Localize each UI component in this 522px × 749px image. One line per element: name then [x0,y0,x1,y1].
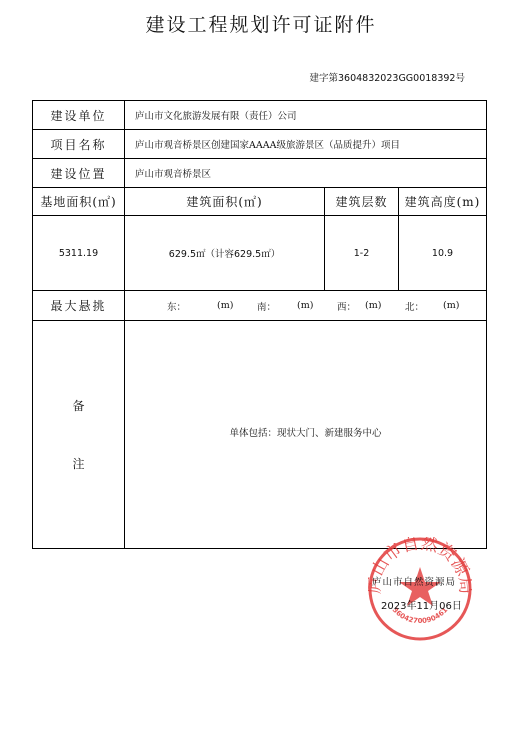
value-overhang: 东： (m) 南： (m) 西： (m) 北： (m) [124,291,486,320]
label-remarks-bottom: 注 [72,455,84,472]
permit-table: 建设单位 庐山市文化旅游发展有限（责任）公司 项目名称 庐山市观音桥景区创建国家… [32,100,487,549]
overhang-south: 南： [257,299,297,313]
row-construction-unit: 建设单位 庐山市文化旅游发展有限（责任）公司 [32,100,487,129]
value-location: 庐山市观音桥景区 [124,159,486,187]
value-remarks: 单体包括：现状大门、新建服务中心 [124,321,486,548]
value-floors: 1-2 [324,216,398,290]
row-overhang: 最大悬挑 东： (m) 南： (m) 西： (m) 北： (m) [32,290,487,320]
seal-date: 2023年11月06日 [381,597,462,612]
header-floors: 建筑层数 [324,188,398,215]
overhang-east: 东： [167,299,217,313]
official-seal-icon: 庐山市自然资源局 3604270090461 [368,537,472,641]
label-remarks: 备 注 [33,321,124,548]
overhang-north-unit: (m) [443,300,459,311]
permit-number-prefix: 建字第 [309,73,338,84]
row-area-values: 5311.19 629.5㎡（计容629.5㎡） 1-2 10.9 [32,215,487,290]
label-project-name: 项目名称 [33,130,124,158]
row-area-headers: 基地面积(㎡) 建筑面积(㎡) 建筑层数 建筑高度(m) [32,187,487,215]
overhang-east-unit: (m) [217,300,257,311]
value-project-name: 庐山市观音桥景区创建国家AAAA级旅游景区（品质提升）项目 [124,130,486,158]
label-location: 建设位置 [33,159,124,187]
row-remarks: 备 注 单体包括：现状大门、新建服务中心 [32,320,487,549]
row-project-name: 项目名称 庐山市观音桥景区创建国家AAAA级旅游景区（品质提升）项目 [32,129,487,158]
header-floor-area: 建筑面积(㎡) [124,188,324,215]
document-title: 建设工程规划许可证附件 [0,10,522,37]
header-height: 建筑高度(m) [398,188,486,215]
header-site-area: 基地面积(㎡) [33,188,124,215]
value-floor-area: 629.5㎡（计容629.5㎡） [124,216,324,290]
value-site-area: 5311.19 [33,216,124,290]
overhang-west-unit: (m) [365,300,405,311]
permit-number: 建字第3604832023GG0018392号 [309,70,465,84]
permit-number-suffix: 号 [455,73,465,84]
label-construction-unit: 建设单位 [33,101,124,129]
overhang-west: 西： [337,299,365,313]
permit-number-code: 3604832023GG0018392 [338,73,455,84]
row-location: 建设位置 庐山市观音桥景区 [32,158,487,187]
overhang-south-unit: (m) [297,300,337,311]
value-height: 10.9 [398,216,486,290]
overhang-north: 北： [405,299,443,313]
value-construction-unit: 庐山市文化旅游发展有限（责任）公司 [124,101,486,129]
seal-authority-text: 庐山市自然资源局 [372,574,456,588]
label-overhang: 最大悬挑 [33,291,124,320]
label-remarks-top: 备 [72,397,84,414]
